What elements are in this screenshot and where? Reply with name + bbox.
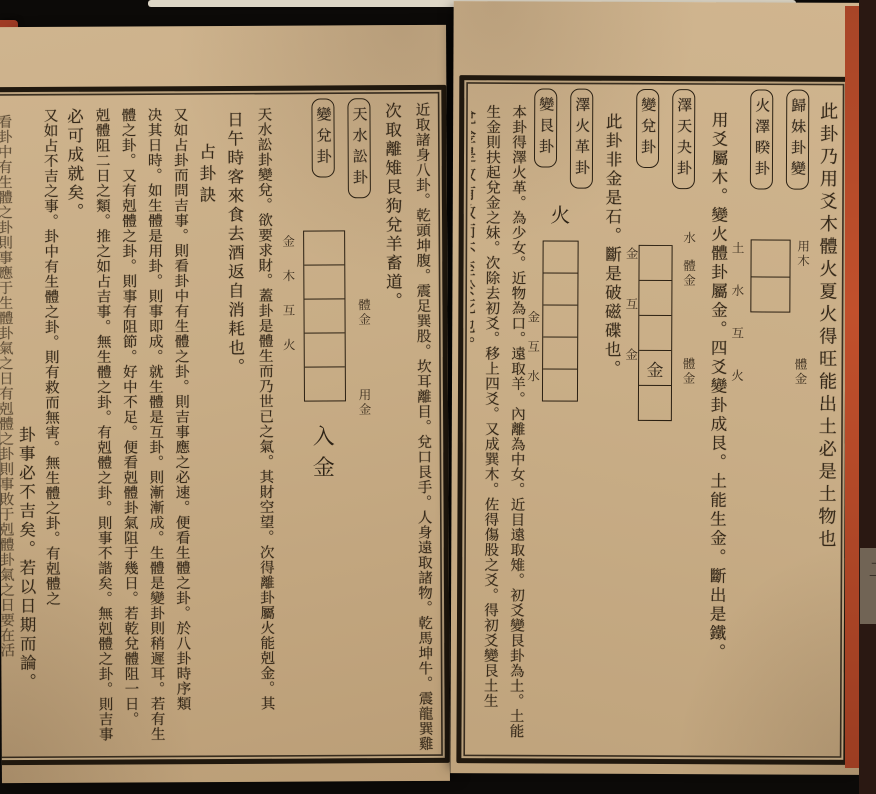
right-page: 此卦乃用爻木體火夏火得旺能出土必是土物也 歸妹卦變 火澤睽卦 土水互火 用木 體… bbox=[450, 1, 863, 775]
element-label: 體金 bbox=[794, 358, 807, 387]
text-column: 又如占不吉之事。卦中有生體之卦。則有救而無害。無生體之卦。有剋體之 bbox=[41, 108, 59, 606]
text-column: 兌金是故有救而不至於死也。 bbox=[468, 108, 475, 355]
hexagram-subtitle-box: 火澤睽卦 bbox=[750, 89, 773, 189]
text-column: 此卦非金是石。斷是破磁碟也。 bbox=[602, 113, 621, 379]
hexagram-cell bbox=[304, 264, 344, 298]
hexagram-cell bbox=[543, 305, 577, 337]
hexagram-stack: 金 bbox=[638, 245, 673, 421]
element-label: 用金 bbox=[357, 388, 370, 417]
text-column: 此卦乃用爻木體火夏火得旺能出土必是土物也 bbox=[816, 102, 837, 552]
hexagram-cell bbox=[305, 366, 345, 400]
element-label: 體金 bbox=[682, 259, 695, 288]
hexagram-cell bbox=[543, 369, 577, 401]
hexagram-title-box: 歸妹卦變 bbox=[786, 90, 809, 190]
hexagram-cell: 金 bbox=[639, 350, 671, 385]
text-column: 日午時客來食去酒返自消耗也。 bbox=[225, 111, 244, 377]
element-label-large: 入金 bbox=[310, 424, 332, 486]
text-column: 卦事必不吉矣。若以日期而論。 bbox=[16, 426, 35, 692]
hexagram-section-song: 天水訟卦 變兌卦 金木互火 體金 用金 入金 bbox=[278, 98, 375, 678]
hexagram-section-guai: 澤天夬卦 變兌卦 金互金 金 水 體金 體金 bbox=[623, 89, 697, 569]
element-label-large: 火 bbox=[549, 205, 569, 234]
text-column: 天水訟卦變兌。欲要求財。蓋卦是體生而乃世已之氣。其財空望。次得離卦屬火能剋金。其 bbox=[255, 107, 274, 711]
hexagram-section-ge: 澤火革卦 變艮卦 火 金互水 bbox=[525, 88, 593, 568]
element-side-chars: 金互金 bbox=[624, 247, 637, 399]
hexagram-title-box: 澤火革卦 bbox=[570, 89, 593, 189]
hexagram-cell bbox=[751, 276, 789, 311]
element-label: 用木 bbox=[796, 240, 809, 269]
text-column: 决其日時。如生體是用卦。則事即成。就生體是互卦。則漸漸成。生體是變卦則稍遲耳。若… bbox=[145, 107, 164, 741]
text-column: 次取離雉艮狗兌羊畜道。 bbox=[383, 102, 402, 311]
hexagram-cell bbox=[543, 273, 577, 305]
hexagram-cell bbox=[304, 298, 344, 332]
text-column: 必可成就矣。 bbox=[65, 108, 83, 222]
hexagram-cell bbox=[639, 246, 671, 280]
book-edge-red-stripe bbox=[845, 6, 860, 768]
hexagram-cell bbox=[543, 337, 577, 369]
hexagram-cell bbox=[544, 242, 578, 273]
hexagram-cell-text: 金 bbox=[647, 355, 664, 380]
page-number: 二 bbox=[862, 558, 876, 580]
hexagram-cell bbox=[639, 315, 671, 350]
book-edge-dark-strip bbox=[859, 0, 876, 794]
text-column: 本卦得澤火革。為少女。近物為口。遠取羊。內離為中女。近目遠取雉。初爻變艮卦為土。… bbox=[507, 104, 525, 738]
text-column: 用爻屬木。變火體卦屬金。四爻變卦成艮。土能生金。斷出是鐵。 bbox=[707, 111, 727, 662]
hexagram-subtitle-box: 變兌卦 bbox=[636, 89, 659, 168]
left-page: 近取諸身八卦。乾頭坤腹。震足巽股。坎耳離目。兌口艮手。人身遠取諸物。乾馬坤牛。震… bbox=[0, 25, 450, 783]
book-photo: 近取諸身八卦。乾頭坤腹。震足巽股。坎耳離目。兌口艮手。人身遠取諸物。乾馬坤牛。震… bbox=[0, 0, 876, 794]
hexagram-cell bbox=[304, 231, 344, 264]
text-column: 生金則扶起兌金之妹。次除去初爻。移上四爻。又成巽木。佐得傷股之爻。得初爻變艮土生 bbox=[481, 104, 499, 708]
hexagram-section-guimei: 歸妹卦變 火澤睽卦 土水互火 用木 體金 bbox=[729, 89, 811, 559]
element-side-chars: 金互水 bbox=[526, 310, 539, 399]
right-page-frame: 此卦乃用爻木體火夏火得旺能出土必是土物也 歸妹卦變 火澤睽卦 土水互火 用木 體… bbox=[456, 75, 851, 765]
element-label: 體金 bbox=[357, 298, 370, 327]
left-page-frame: 近取諸身八卦。乾頭坤腹。震足巽股。坎耳離目。兌口艮手。人身遠取諸物。乾馬坤牛。震… bbox=[0, 85, 450, 765]
text-column: 近取諸身八卦。乾頭坤腹。震足巽股。坎耳離目。兌口艮手。人身遠取諸物。乾馬坤牛。震… bbox=[413, 102, 432, 751]
hexagram-cell bbox=[639, 385, 671, 420]
element-label: 體金 bbox=[682, 357, 695, 386]
hexagram-stack bbox=[750, 239, 790, 312]
right-page-content: 此卦乃用爻木體火夏火得旺能出土必是土物也 歸妹卦變 火澤睽卦 土水互火 用木 體… bbox=[468, 84, 839, 756]
hexagram-subtitle-box: 變兌卦 bbox=[311, 98, 334, 177]
hexagram-cell bbox=[305, 332, 345, 366]
element-label: 水 bbox=[682, 231, 695, 246]
element-side-chars: 土水互火 bbox=[730, 241, 743, 411]
hexagram-cell bbox=[751, 240, 789, 276]
text-column: 體之卦。又有剋體之卦。則事有阻節。好中不足。便看剋體卦氣阻于幾日。若乾兌體阻一日… bbox=[119, 107, 138, 726]
hexagram-title-box: 天水訟卦 bbox=[347, 98, 371, 198]
hexagram-stack bbox=[542, 240, 579, 401]
hexagram-stack bbox=[303, 230, 346, 401]
text-column: 又如占卦而問吉事。則看卦中有生體之卦。則吉事應之必速。便看生體之卦。於八卦時序類 bbox=[171, 107, 190, 711]
section-title: 占卦訣 bbox=[197, 143, 215, 208]
text-column-cut: 看卦中有生體之卦則事應于生體卦氣之日有剋體之卦則事敗于剋體卦氣之日要在活 bbox=[0, 114, 13, 658]
element-side-chars: 金木互火 bbox=[281, 235, 294, 373]
text-column: 剋體阻二日之類。推之如占吉事。無生體之卦。有剋體之卦。則事不諧矣。無剋體之卦。則… bbox=[93, 108, 112, 742]
hexagram-title-box: 澤天夬卦 bbox=[672, 89, 695, 189]
hexagram-cell bbox=[639, 280, 671, 315]
left-page-content: 近取諸身八卦。乾頭坤腹。震足巽股。坎耳離目。兌口艮手。人身遠取諸物。乾馬坤牛。震… bbox=[0, 94, 438, 756]
hexagram-subtitle-box: 變艮卦 bbox=[534, 88, 557, 167]
